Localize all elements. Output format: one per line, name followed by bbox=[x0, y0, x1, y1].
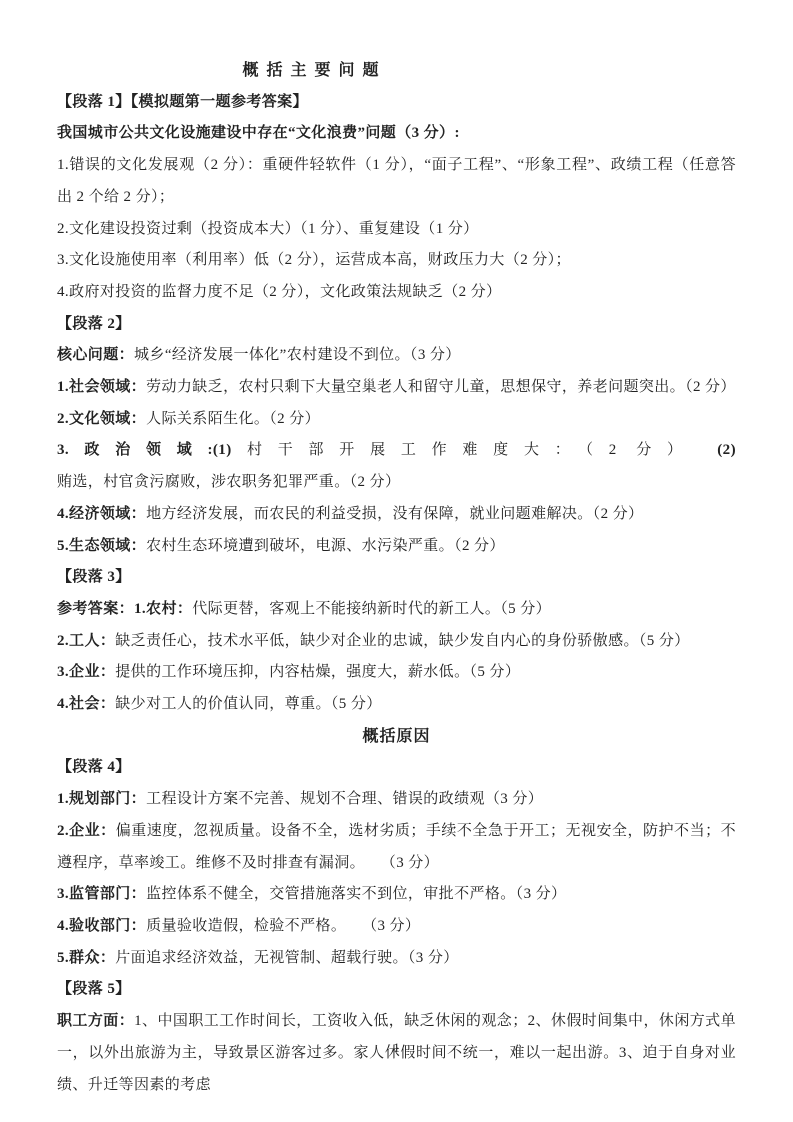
para3-item-4-text-0: 4.社会： bbox=[57, 696, 115, 712]
title-summarize-causes: 概括原因 bbox=[57, 721, 736, 753]
title-summarize-main-problems-text-0: 概括主要问题 bbox=[242, 62, 386, 79]
para3-item-2: 2.工人：缺乏责任心，技术水平低，缺少对企业的忠诚，缺少发自内心的身份骄傲感。（… bbox=[57, 626, 736, 658]
para2-item-3-text-3: 贿选，村官贪污腐败，涉农职务犯罪严重。（2 分） bbox=[57, 474, 400, 490]
para2-item-2-text-1: 人际关系陌生化。（2 分） bbox=[146, 411, 320, 427]
para1-marker: 【段落 1】【模拟题第一题参考答案】 bbox=[57, 87, 736, 119]
document-page: 概括主要问题【段落 1】【模拟题第一题参考答案】我国城市公共文化设施建设中存在“… bbox=[0, 0, 793, 1122]
para2-item-4: 4.经济领域：地方经济发展，而农民的利益受损，没有保障，就业问题难解决。（2 分… bbox=[57, 499, 736, 531]
para4-item-5-text-0: 5.群众： bbox=[57, 950, 115, 966]
para2-item-3: 3.政治领域:(1)村干部开展工作难度大：（2 分） (2)贿选，村官贪污腐败，… bbox=[57, 435, 736, 498]
para3-item-1: 参考答案：1.农村：代际更替，客观上不能接纳新时代的新工人。（5 分） bbox=[57, 594, 736, 626]
para2-core-problem-text-1: 城乡“经济发展一体化”农村建设不到位。（3 分） bbox=[134, 347, 461, 363]
para1-item-2: 2.文化建设投资过剩（投资成本大）（1 分）、重复建设（1 分） bbox=[57, 214, 736, 246]
para2-item-2-text-0: 2.文化领域： bbox=[57, 411, 146, 427]
para4-item-1-text-1: 工程设计方案不完善、规划不合理、错误的政绩观（3 分） bbox=[146, 791, 543, 807]
para3-item-1-text-1: 代际更替，客观上不能接纳新时代的新工人。（5 分） bbox=[192, 601, 551, 617]
para3-item-3-text-0: 3.企业： bbox=[57, 664, 115, 680]
para4-item-2-text-1: 偏重速度，忽视质量。设备不全，选材劣质；手续不全急于开工；无视安全，防护不当；不… bbox=[57, 823, 736, 871]
para2-core-problem-text-0: 核心问题： bbox=[57, 347, 134, 363]
para4-item-1: 1.规划部门：工程设计方案不完善、规划不合理、错误的政绩观（3 分） bbox=[57, 784, 736, 816]
para4-item-3-text-0: 3.监管部门： bbox=[57, 886, 146, 902]
para3-item-4-text-1: 缺少对工人的价值认同，尊重。（5 分） bbox=[115, 696, 381, 712]
para1-intro: 我国城市公共文化设施建设中存在“文化浪费”问题（3 分）: bbox=[57, 118, 736, 150]
document-content: 概括主要问题【段落 1】【模拟题第一题参考答案】我国城市公共文化设施建设中存在“… bbox=[57, 55, 736, 1101]
title-summarize-causes-text-0: 概括原因 bbox=[362, 728, 430, 745]
para3-marker: 【段落 3】 bbox=[57, 562, 736, 594]
para2-item-4-text-0: 4.经济领域： bbox=[57, 506, 146, 522]
para1-item-4: 4.政府对投资的监督力度不足（2 分），文化政策法规缺乏（2 分） bbox=[57, 277, 736, 309]
para4-item-4-text-0: 4.验收部门： bbox=[57, 918, 146, 934]
para4-item-5-text-1: 片面追求经济效益，无视管制、超载行驶。（3 分） bbox=[115, 950, 458, 966]
para2-marker-text-0: 【段落 2】 bbox=[57, 316, 131, 332]
title-summarize-main-problems: 概括主要问题 bbox=[0, 55, 654, 87]
para4-item-3-text-1: 监控体系不健全，交管措施落实不到位，审批不严格。（3 分） bbox=[146, 886, 566, 902]
para4-item-3: 3.监管部门：监控体系不健全，交管措施落实不到位，审批不严格。（3 分） bbox=[57, 879, 736, 911]
para2-item-4-text-1: 地方经济发展，而农民的利益受损，没有保障，就业问题难解决。（2 分） bbox=[146, 506, 643, 522]
para2-item-5: 5.生态领域：农村生态环境遭到破坏，电源、水污染严重。（2 分） bbox=[57, 531, 736, 563]
para5-item-1-text-0: 职工方面： bbox=[57, 1013, 134, 1029]
para3-item-3: 3.企业：提供的工作环境压抑，内容枯燥，强度大，薪水低。（5 分） bbox=[57, 657, 736, 689]
para4-item-2-text-0: 2.企业： bbox=[57, 823, 116, 839]
para1-item-4-text-0: 4.政府对投资的监督力度不足（2 分），文化政策法规缺乏（2 分） bbox=[57, 284, 501, 300]
para2-core-problem: 核心问题：城乡“经济发展一体化”农村建设不到位。（3 分） bbox=[57, 340, 736, 372]
para3-item-3-text-1: 提供的工作环境压抑，内容枯燥，强度大，薪水低。（5 分） bbox=[115, 664, 520, 680]
para5-marker: 【段落 5】 bbox=[57, 974, 736, 1006]
para3-item-2-text-1: 缺乏责任心，技术水平低，缺少对企业的忠诚，缺少发自内心的身份骄傲感。（5 分） bbox=[115, 633, 689, 649]
para3-item-4: 4.社会：缺少对工人的价值认同，尊重。（5 分） bbox=[57, 689, 736, 721]
para1-intro-text-0: 我国城市公共文化设施建设中存在“文化浪费”问题（3 分）: bbox=[57, 125, 460, 141]
para4-item-4: 4.验收部门：质量验收造假，检验不严格。 （3 分） bbox=[57, 911, 736, 943]
para2-item-3-text-0: 3.政治领域:(1) bbox=[57, 442, 232, 458]
para2-marker: 【段落 2】 bbox=[57, 309, 736, 341]
para3-item-2-text-0: 2.工人： bbox=[57, 633, 115, 649]
para4-item-4-text-1: 质量验收造假，检验不严格。 （3 分） bbox=[146, 918, 420, 934]
para1-item-3: 3.文化设施使用率（利用率）低（2 分），运营成本高，财政压力大（2 分）； bbox=[57, 245, 736, 277]
para3-item-1-text-0: 参考答案：1.农村： bbox=[57, 601, 192, 617]
page-number: 1 bbox=[0, 1037, 793, 1059]
para1-item-1: 1.错误的文化发展观（2 分）：重硬件轻软件（1 分），“面子工程”、“形象工程… bbox=[57, 150, 736, 213]
para2-item-1-text-0: 1.社会领域： bbox=[57, 379, 146, 395]
para2-item-5-text-1: 农村生态环境遭到破坏，电源、水污染严重。（2 分） bbox=[146, 538, 505, 554]
para1-item-1-text-0: 1.错误的文化发展观（2 分）：重硬件轻软件（1 分），“面子工程”、“形象工程… bbox=[57, 157, 736, 205]
para3-marker-text-0: 【段落 3】 bbox=[57, 569, 131, 585]
para2-item-1: 1.社会领域：劳动力缺乏，农村只剩下大量空巢老人和留守儿童，思想保守，养老问题突… bbox=[57, 372, 736, 404]
para5-marker-text-0: 【段落 5】 bbox=[57, 981, 131, 997]
para4-marker-text-0: 【段落 4】 bbox=[57, 759, 131, 775]
para4-item-2: 2.企业：偏重速度，忽视质量。设备不全，选材劣质；手续不全急于开工；无视安全，防… bbox=[57, 816, 736, 879]
para2-item-2: 2.文化领域：人际关系陌生化。（2 分） bbox=[57, 404, 736, 436]
para4-item-5: 5.群众：片面追求经济效益，无视管制、超载行驶。（3 分） bbox=[57, 943, 736, 975]
para4-marker: 【段落 4】 bbox=[57, 752, 736, 784]
para2-item-5-text-0: 5.生态领域： bbox=[57, 538, 146, 554]
para2-item-3-text-1: 村干部开展工作难度大：（2 分） bbox=[232, 442, 718, 458]
para1-item-2-text-0: 2.文化建设投资过剩（投资成本大）（1 分）、重复建设（1 分） bbox=[57, 221, 479, 237]
para1-marker-text-0: 【段落 1】【模拟题第一题参考答案】 bbox=[57, 94, 308, 110]
para2-item-3-text-2: (2) bbox=[717, 442, 736, 458]
para1-item-3-text-0: 3.文化设施使用率（利用率）低（2 分），运营成本高，财政压力大（2 分）； bbox=[57, 252, 571, 268]
para2-item-1-text-1: 劳动力缺乏，农村只剩下大量空巢老人和留守儿童，思想保守，养老问题突出。（2 分） bbox=[146, 379, 736, 395]
para4-item-1-text-0: 1.规划部门： bbox=[57, 791, 146, 807]
